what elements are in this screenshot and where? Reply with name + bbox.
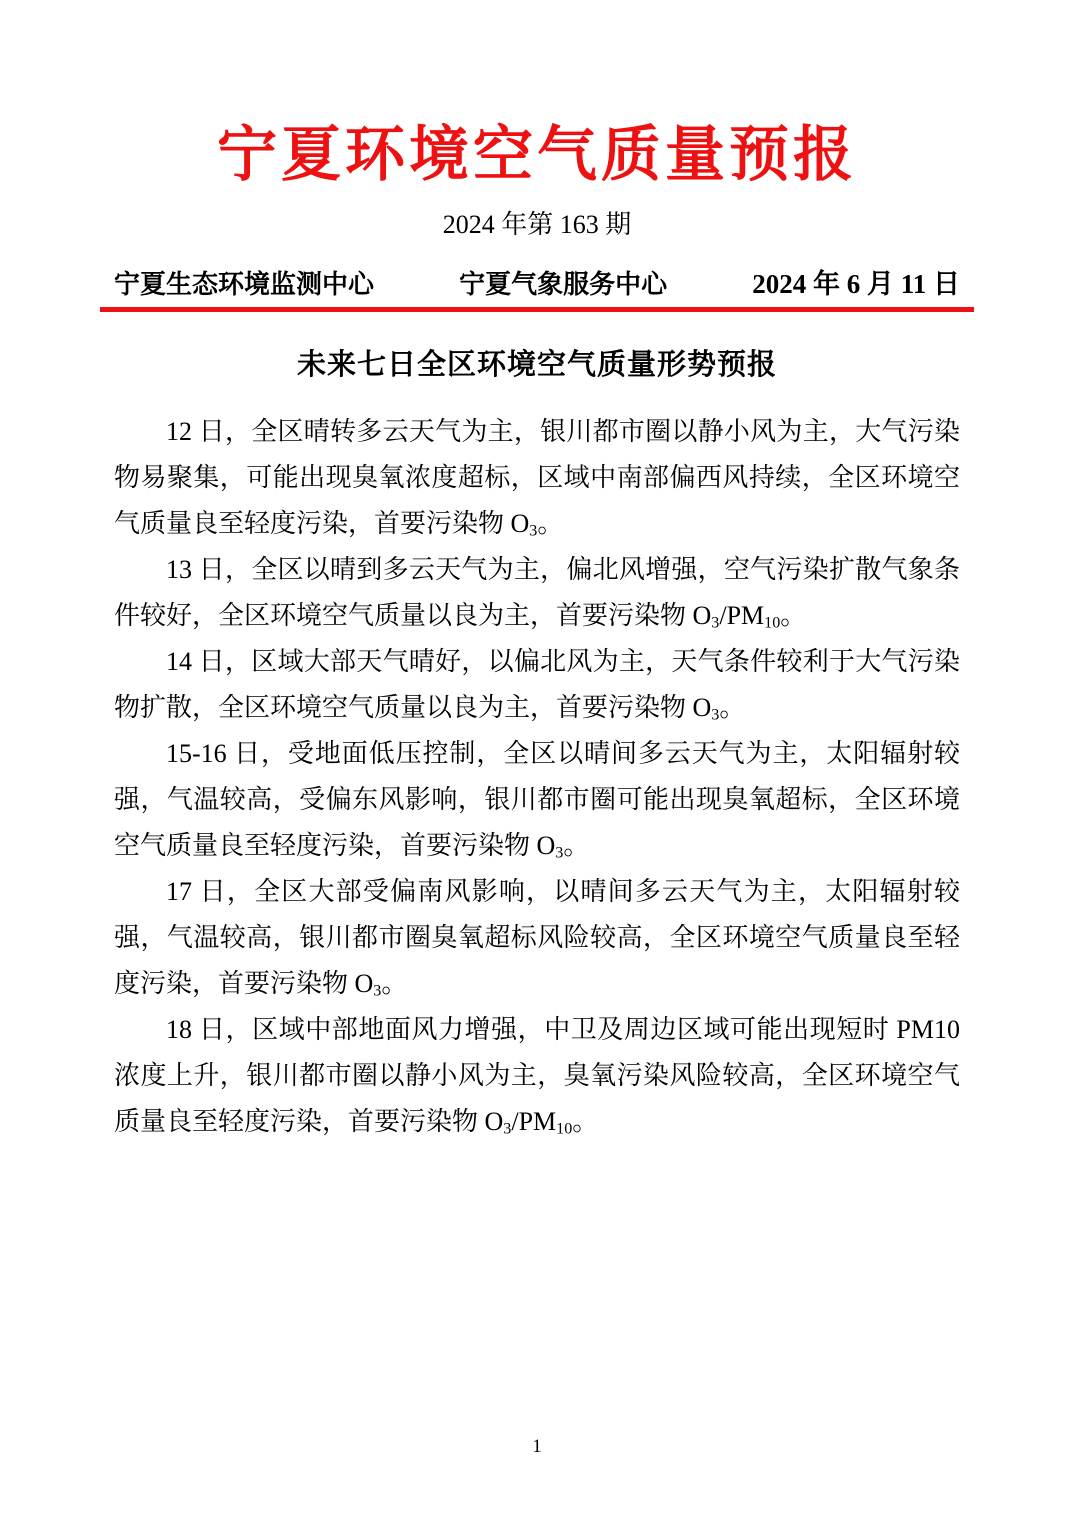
paragraph-text-run: /PM (719, 601, 764, 630)
document-title: 宁夏环境空气质量预报 (114, 122, 960, 189)
issue-date: 2024 年 6 月 11 日 (752, 268, 960, 300)
paragraph-text-run: 17 日，全区大部受偏南风影响，以晴间多云天气为主，太阳辐射较强，气温较高，银川… (114, 877, 960, 998)
paragraph-text-run: 13 日，全区以晴到多云天气为主，偏北风增强，空气污染扩散气象条件较好，全区环境… (114, 555, 960, 630)
paragraph-text-run: 。 (572, 1107, 598, 1136)
forecast-paragraph: 12 日，全区晴转多云天气为主，银川都市圈以静小风为主，大气污染物易聚集，可能出… (114, 409, 960, 547)
pollutant-subscript: 10 (764, 614, 780, 631)
issuing-org-monitoring-center: 宁夏生态环境监测中心 (114, 269, 374, 300)
paragraph-text-run: 15-16 日，受地面低压控制，全区以晴间多云天气为主，太阳辐射较强，气温较高，… (114, 739, 960, 860)
paragraph-text-run: 。 (780, 601, 806, 630)
paragraph-text-run: 。 (719, 693, 745, 722)
paragraph-text-run: 14 日，区域大部天气晴好，以偏北风为主，天气条件较利于大气污染物扩散，全区环境… (114, 647, 960, 722)
forecast-paragraph: 13 日，全区以晴到多云天气为主，偏北风增强，空气污染扩散气象条件较好，全区环境… (114, 547, 960, 639)
forecast-paragraph: 15-16 日，受地面低压控制，全区以晴间多云天气为主，太阳辐射较强，气温较高，… (114, 731, 960, 869)
forecast-paragraph: 14 日，区域大部天气晴好，以偏北风为主，天气条件较利于大气污染物扩散，全区环境… (114, 639, 960, 731)
pollutant-subscript: 10 (556, 1120, 572, 1137)
paragraph-text-run: /PM (511, 1107, 556, 1136)
section-title: 未来七日全区环境空气质量形势预报 (114, 348, 960, 383)
forecast-body: 12 日，全区晴转多云天气为主，银川都市圈以静小风为主，大气污染物易聚集，可能出… (114, 409, 960, 1145)
page-number: 1 (0, 1436, 1074, 1458)
issuing-org-meteorological-center: 宁夏气象服务中心 (459, 269, 667, 300)
document-page: 宁夏环境空气质量预报 2024 年第 163 期 宁夏生态环境监测中心 宁夏气象… (0, 0, 1074, 1520)
masthead: 宁夏生态环境监测中心 宁夏气象服务中心 2024 年 6 月 11 日 (114, 268, 960, 300)
paragraph-text-run: 。 (563, 831, 589, 860)
issue-number: 2024 年第 163 期 (114, 209, 960, 240)
paragraph-text-run: 。 (381, 969, 407, 998)
forecast-paragraph: 18 日，区域中部地面风力增强，中卫及周边区域可能出现短时 PM10 浓度上升，… (114, 1007, 960, 1145)
paragraph-text-run: 。 (537, 509, 563, 538)
forecast-paragraph: 17 日，全区大部受偏南风影响，以晴间多云天气为主，太阳辐射较强，气温较高，银川… (114, 869, 960, 1007)
masthead-divider-rule (100, 307, 974, 312)
